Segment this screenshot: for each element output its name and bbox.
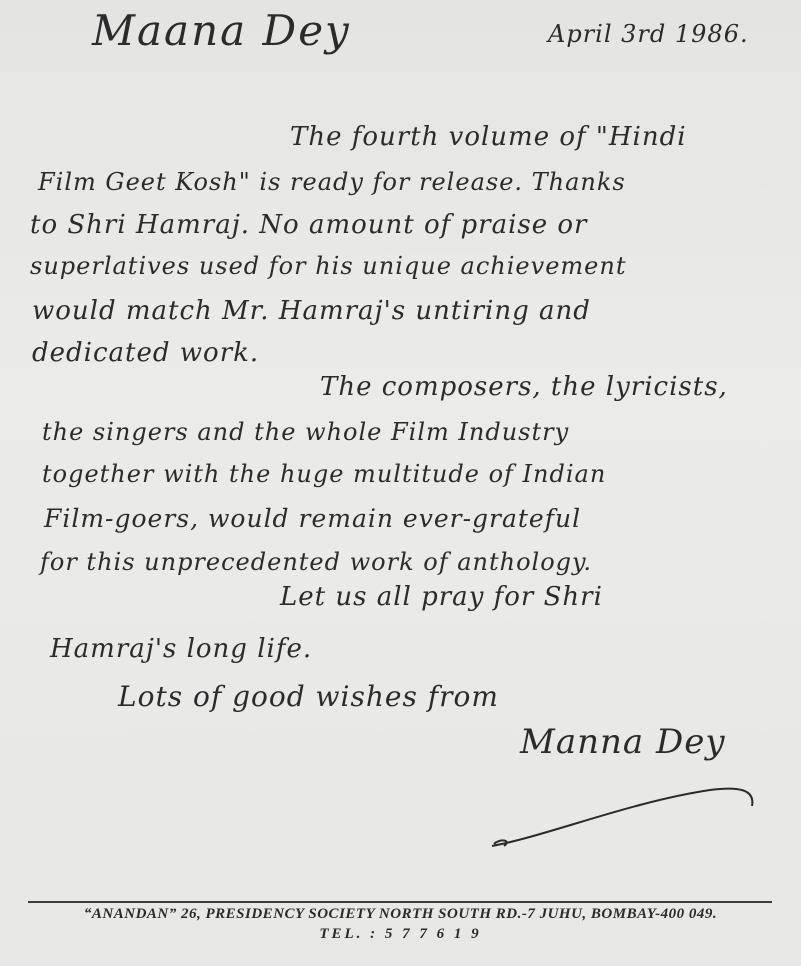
letter-line: dedicated work. — [32, 338, 259, 368]
letter-line: for this unprecedented work of anthology… — [40, 548, 592, 576]
signature-flourish — [490, 780, 790, 850]
signature: Manna Dey — [520, 722, 726, 762]
letter-line: would match Mr. Hamraj's untiring and — [32, 296, 591, 326]
letter-line: together with the huge multitude of Indi… — [42, 460, 606, 488]
letter-line: the singers and the whole Film Industry — [42, 418, 569, 446]
salutation: Maana Dey — [92, 6, 351, 55]
letter-line: The composers, the lyricists, — [320, 372, 728, 402]
letter-line: Lots of good wishes from — [118, 680, 499, 713]
letter-date: April 3rd 1986. — [548, 20, 749, 48]
letterhead-address: “ANANDAN” 26, PRESIDENCY SOCIETY NORTH S… — [0, 906, 801, 923]
letter-line: to Shri Hamraj. No amount of praise or — [30, 210, 587, 240]
letter-line: Film Geet Kosh" is ready for release. Th… — [38, 168, 626, 196]
footer-divider — [28, 901, 772, 903]
letter-line: superlatives used for his unique achieve… — [30, 252, 626, 280]
letterhead-telephone: TEL. : 5 7 7 6 1 9 — [0, 926, 801, 943]
letter-line: Let us all pray for Shri — [280, 582, 603, 612]
letter-line: The fourth volume of "Hindi — [290, 122, 687, 152]
letter-line: Hamraj's long life. — [50, 634, 312, 664]
letter-line: Film-goers, would remain ever-grateful — [44, 504, 581, 533]
letter-page: Maana Dey April 3rd 1986. The fourth vol… — [0, 0, 801, 966]
